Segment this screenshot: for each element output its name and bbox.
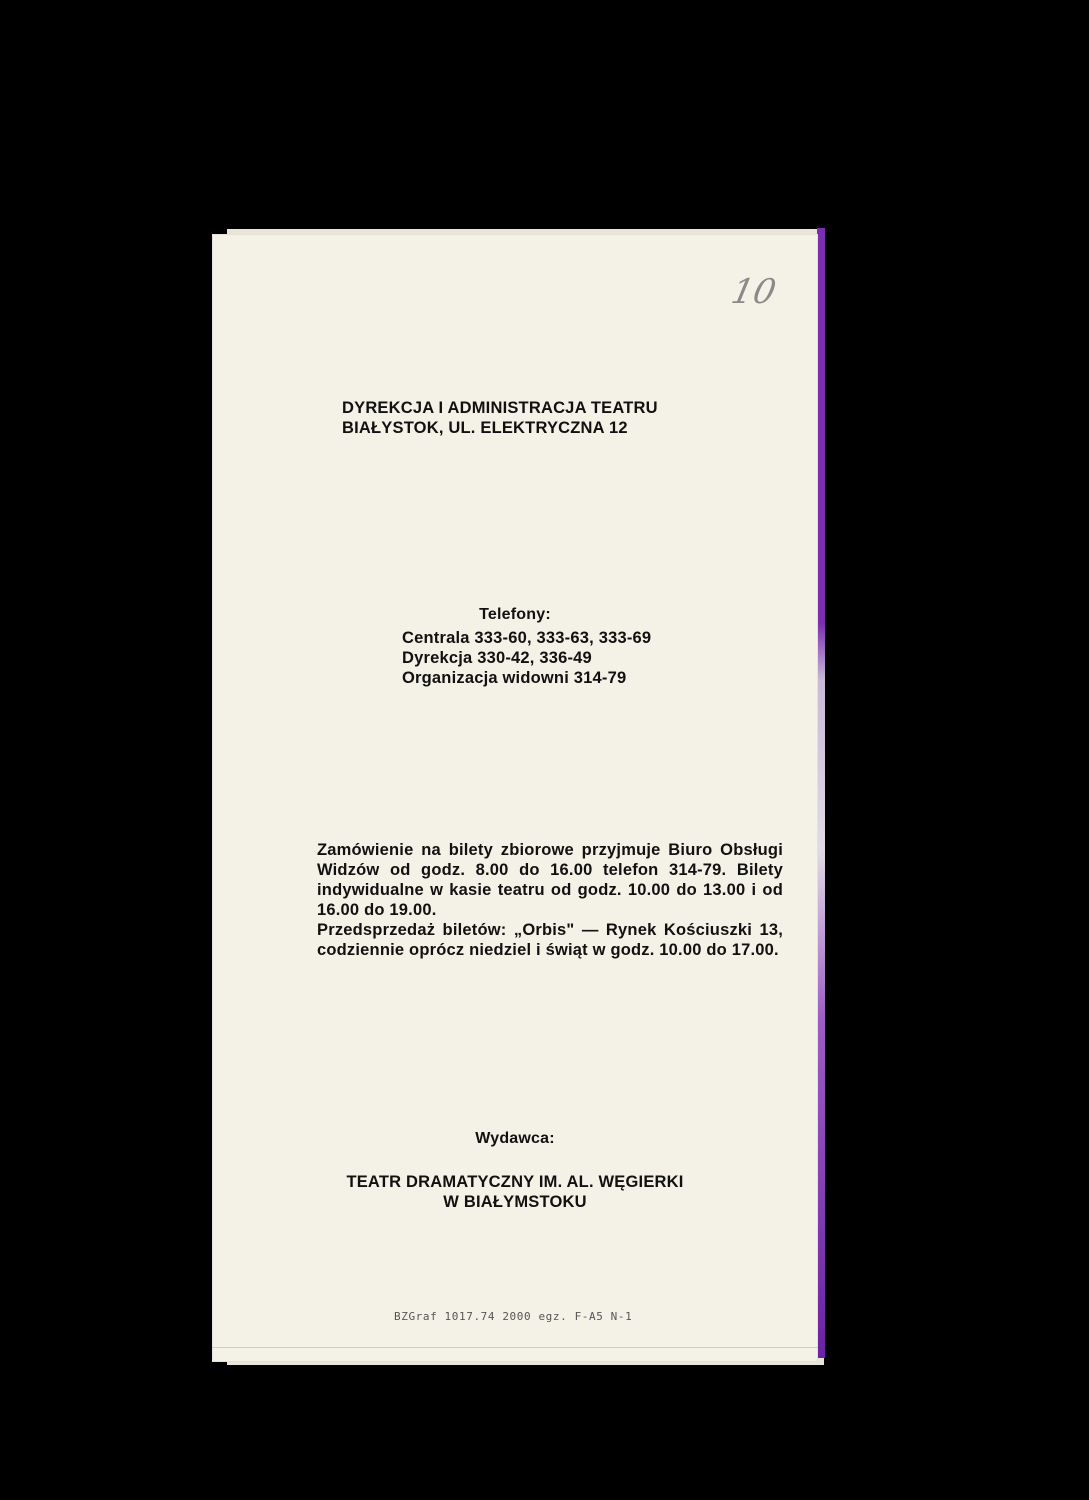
publisher-line-2: W BIAŁYMSTOKU (212, 1192, 818, 1212)
phones-list: Centrala 333-60, 333-63, 333-69 Dyrekcja… (402, 628, 651, 688)
publisher-name: TEATR DRAMATYCZNY IM. AL. WĘGIERKI W BIA… (212, 1172, 818, 1212)
header-line-1: DYREKCJA I ADMINISTRACJA TEATRU (342, 398, 658, 418)
document-page: 10 DYREKCJA I ADMINISTRACJA TEATRU BIAŁY… (212, 234, 818, 1362)
administration-header: DYREKCJA I ADMINISTRACJA TEATRU BIAŁYSTO… (342, 398, 658, 438)
header-line-2: BIAŁYSTOK, UL. ELEKTRYCZNA 12 (342, 418, 658, 438)
ticket-info: Zamówienie na bilety zbiorowe przyjmuje … (317, 840, 783, 960)
publisher-title: Wydawca: (212, 1130, 818, 1148)
phone-item: Dyrekcja 330-42, 336-49 (402, 648, 651, 668)
publisher-line-1: TEATR DRAMATYCZNY IM. AL. WĘGIERKI (212, 1172, 818, 1192)
bottom-sheet-edge (212, 1347, 818, 1348)
handwritten-page-number: 10 (728, 272, 780, 312)
phone-item: Centrala 333-60, 333-63, 333-69 (402, 628, 651, 648)
ticket-info-paragraph-2: Przedsprzedaż biletów: „Orbis" — Rynek K… (317, 920, 783, 960)
phone-item: Organizacja widowni 314-79 (402, 668, 651, 688)
purple-cover-edge (817, 228, 825, 1358)
ticket-info-paragraph-1: Zamówienie na bilety zbiorowe przyjmuje … (317, 840, 783, 920)
print-stamp: BZGraf 1017.74 2000 egz. F-A5 N-1 (394, 1310, 632, 1323)
phones-title: Telefony: (212, 606, 818, 624)
